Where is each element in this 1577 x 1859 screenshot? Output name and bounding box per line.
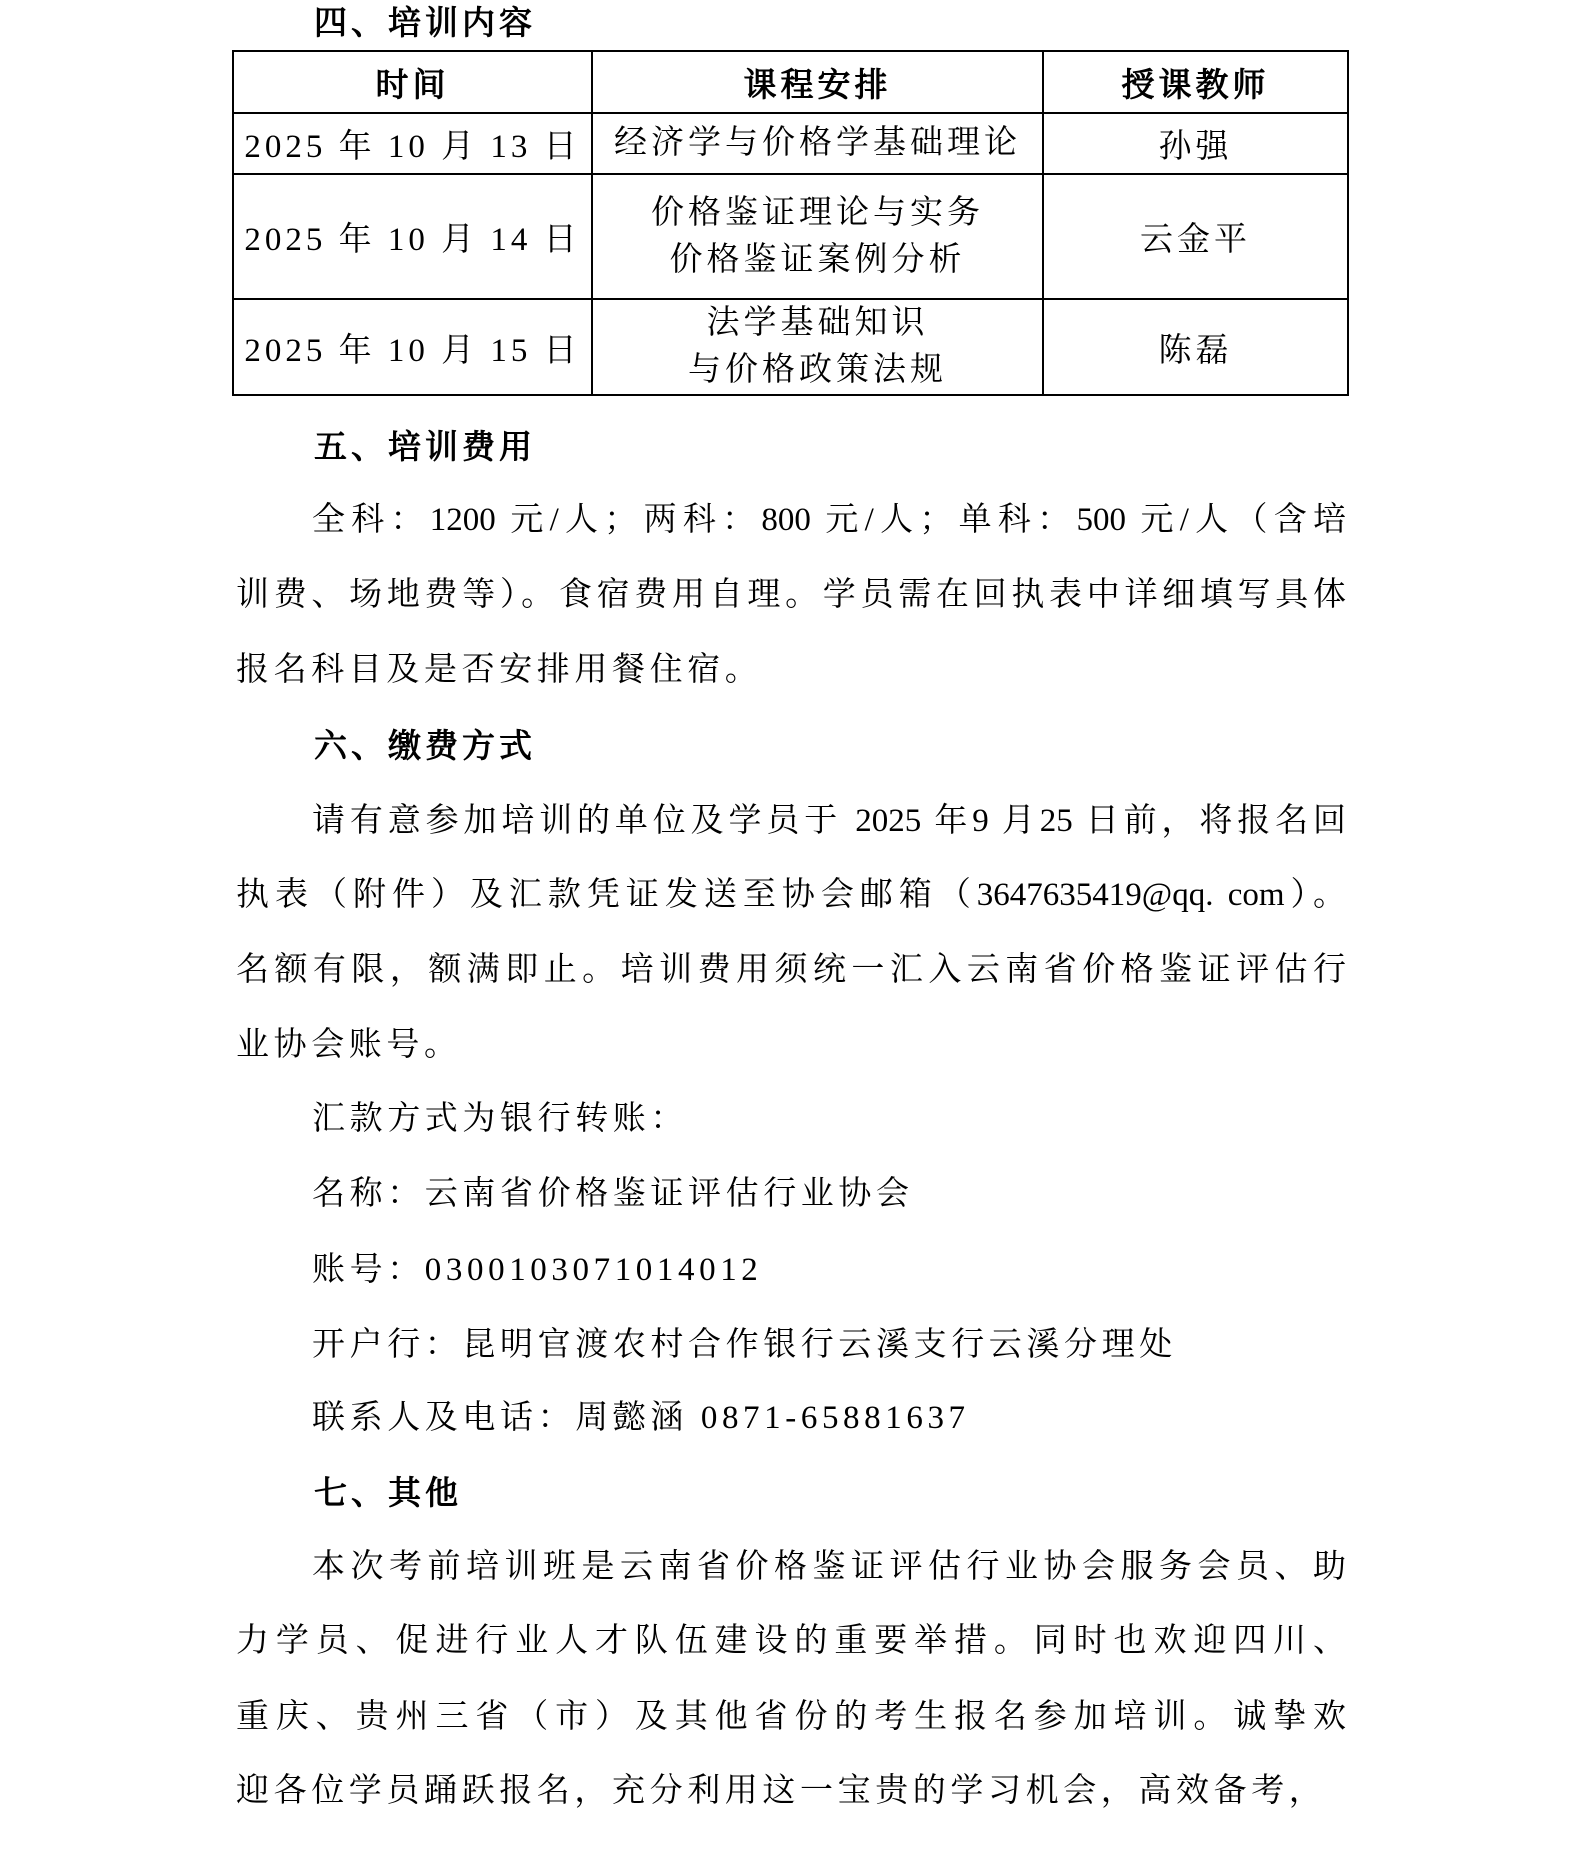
teacher-cell: 孙强	[1043, 113, 1348, 174]
contact-info: 联系人及电话：周懿涵 0871-65881637	[312, 1395, 1346, 1441]
course-line: 与价格政策法规	[593, 347, 1042, 394]
paragraph-line: 全科：1200 元/人；两科：800 元/人；单科：500 元/人（含培	[312, 497, 1346, 543]
teacher-cell: 云金平	[1043, 174, 1348, 299]
teacher-cell: 陈磊	[1043, 299, 1348, 395]
paragraph-line: 力学员、促进行业人才队伍建设的重要举措。同时也欢迎四川、	[236, 1618, 1346, 1664]
paragraph-line: 请有意参加培训的单位及学员于 2025 年9 月25 日前，将报名回	[312, 798, 1346, 844]
account-name: 名称：云南省价格鉴证评估行业协会	[312, 1171, 1346, 1217]
course-line: 价格鉴证案例分析	[593, 237, 1042, 284]
remittance-intro: 汇款方式为银行转账：	[312, 1096, 1346, 1142]
course-schedule-table: 时间 课程安排 授课教师 2025 年 10 月 13 日 经济学与价格学基础理…	[232, 50, 1349, 396]
course-line: 法学基础知识	[593, 300, 1042, 347]
table-row: 2025 年 10 月 14 日 价格鉴证理论与实务 价格鉴证案例分析 云金平	[233, 174, 1348, 299]
paragraph-line: 报名科目及是否安排用餐住宿。	[236, 647, 1346, 693]
document-page: 四、培训内容 时间 课程安排 授课教师 2025 年 10 月 13 日 经济学…	[0, 0, 1577, 1859]
table-header-row: 时间 课程安排 授课教师	[233, 51, 1348, 113]
paragraph-line: 执表（附件）及汇款凭证发送至协会邮箱（3647635419@qq. com）。	[236, 872, 1346, 918]
paragraph-line: 本次考前培训班是云南省价格鉴证评估行业协会服务会员、助	[312, 1544, 1346, 1590]
course-cell: 经济学与价格学基础理论	[592, 113, 1043, 174]
paragraph-line: 迎各位学员踊跃报名，充分利用这一宝贵的学习机会，高效备考，	[236, 1768, 1346, 1814]
course-cell: 法学基础知识 与价格政策法规	[592, 299, 1043, 395]
date-cell: 2025 年 10 月 13 日	[233, 113, 592, 174]
paragraph-line: 名额有限，额满即止。培训费用须统一汇入云南省价格鉴证评估行	[236, 947, 1346, 993]
account-number: 账号：0300103071014012	[312, 1247, 1346, 1293]
section-heading-other: 七、其他	[314, 1470, 462, 1516]
bank-name: 开户行：昆明官渡农村合作银行云溪支行云溪分理处	[312, 1322, 1346, 1368]
column-header-teacher: 授课教师	[1043, 51, 1348, 113]
paragraph-line: 训费、场地费等）。食宿费用自理。学员需在回执表中详细填写具体	[236, 572, 1346, 618]
date-cell: 2025 年 10 月 14 日	[233, 174, 592, 299]
paragraph-line: 业协会账号。	[236, 1022, 1346, 1068]
column-header-course: 课程安排	[592, 51, 1043, 113]
paragraph-line: 重庆、贵州三省（市）及其他省份的考生报名参加培训。诚挚欢	[236, 1694, 1346, 1740]
course-cell: 价格鉴证理论与实务 价格鉴证案例分析	[592, 174, 1043, 299]
course-line: 经济学与价格学基础理论	[593, 120, 1042, 167]
column-header-date: 时间	[233, 51, 592, 113]
table-row: 2025 年 10 月 13 日 经济学与价格学基础理论 孙强	[233, 113, 1348, 174]
section-heading-training-fees: 五、培训费用	[314, 424, 536, 470]
section-heading-payment-method: 六、缴费方式	[314, 723, 536, 769]
date-cell: 2025 年 10 月 15 日	[233, 299, 592, 395]
section-heading-training-content: 四、培训内容	[314, 0, 536, 46]
table-row: 2025 年 10 月 15 日 法学基础知识 与价格政策法规 陈磊	[233, 299, 1348, 395]
course-line: 价格鉴证理论与实务	[593, 190, 1042, 237]
